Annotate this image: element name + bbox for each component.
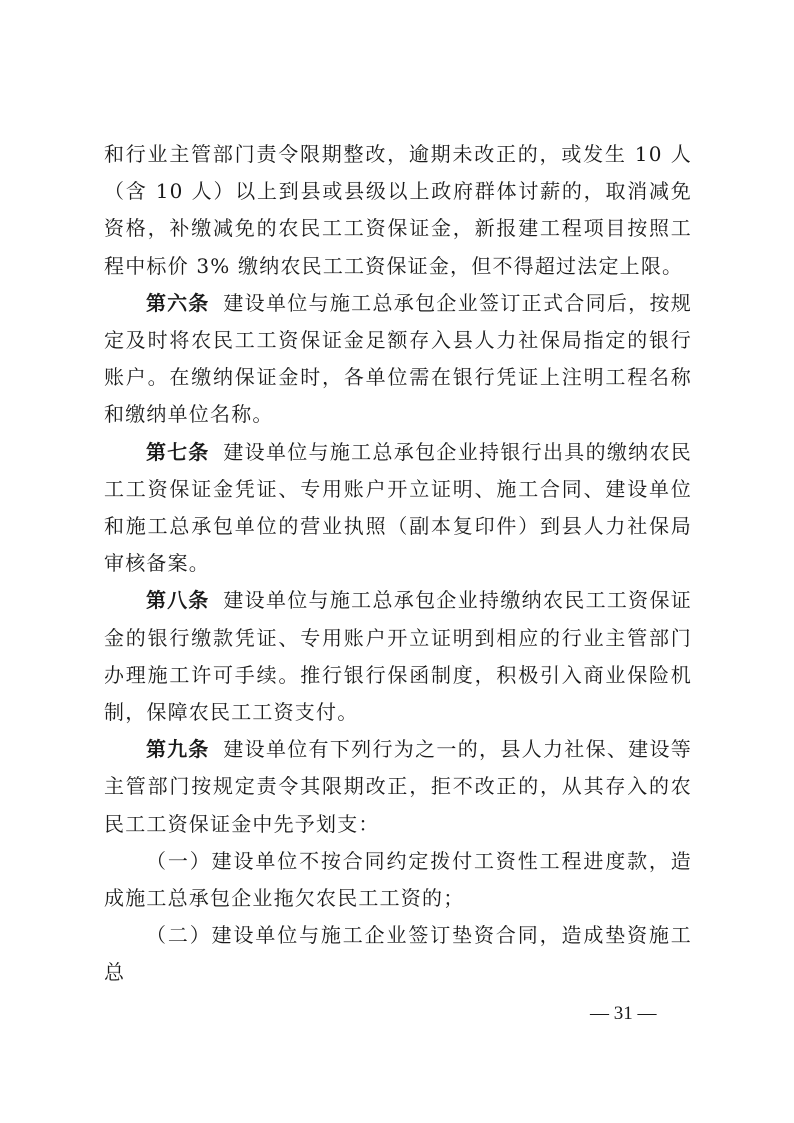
article-number: 第七条: [146, 440, 209, 464]
paragraph-item-1: （一）建设单位不按合同约定拨付工资性工程进度款，造成施工总承包企业拖欠农民工工资…: [104, 843, 692, 917]
paragraph-text: 和行业主管部门责令限期整改，逾期未改正的，或发生 10 人（含 10 人）以上到…: [104, 142, 692, 278]
article-number: 第九条: [146, 737, 209, 761]
article-number: 第六条: [146, 291, 209, 315]
paragraph-item-2: （二）建设单位与施工企业签订垫资合同，造成垫资施工总: [104, 917, 692, 991]
paragraph-article-9: 第九条建设单位有下列行为之一的，县人力社保、建设等主管部门按规定责令其限期改正，…: [104, 731, 692, 843]
paragraph-article-6: 第六条建设单位与施工总承包企业签订正式合同后，按规定及时将农民工工资保证金足额存…: [104, 285, 692, 434]
article-number: 第八条: [146, 588, 209, 612]
paragraph-text: （二）建设单位与施工企业签订垫资合同，造成垫资施工总: [104, 923, 692, 984]
paragraph-text: （一）建设单位不按合同约定拨付工资性工程进度款，造成施工总承包企业拖欠农民工工资…: [104, 849, 692, 910]
page-number: — 31 —: [590, 1003, 657, 1025]
paragraph-article-7: 第七条建设单位与施工总承包企业持银行出具的缴纳农民工工资保证金凭证、专用账户开立…: [104, 434, 692, 583]
document-page: 和行业主管部门责令限期整改，逾期未改正的，或发生 10 人（含 10 人）以上到…: [104, 136, 692, 992]
paragraph-continuation: 和行业主管部门责令限期整改，逾期未改正的，或发生 10 人（含 10 人）以上到…: [104, 136, 692, 285]
paragraph-article-8: 第八条建设单位与施工总承包企业持缴纳农民工工资保证金的银行缴款凭证、专用账户开立…: [104, 582, 692, 731]
